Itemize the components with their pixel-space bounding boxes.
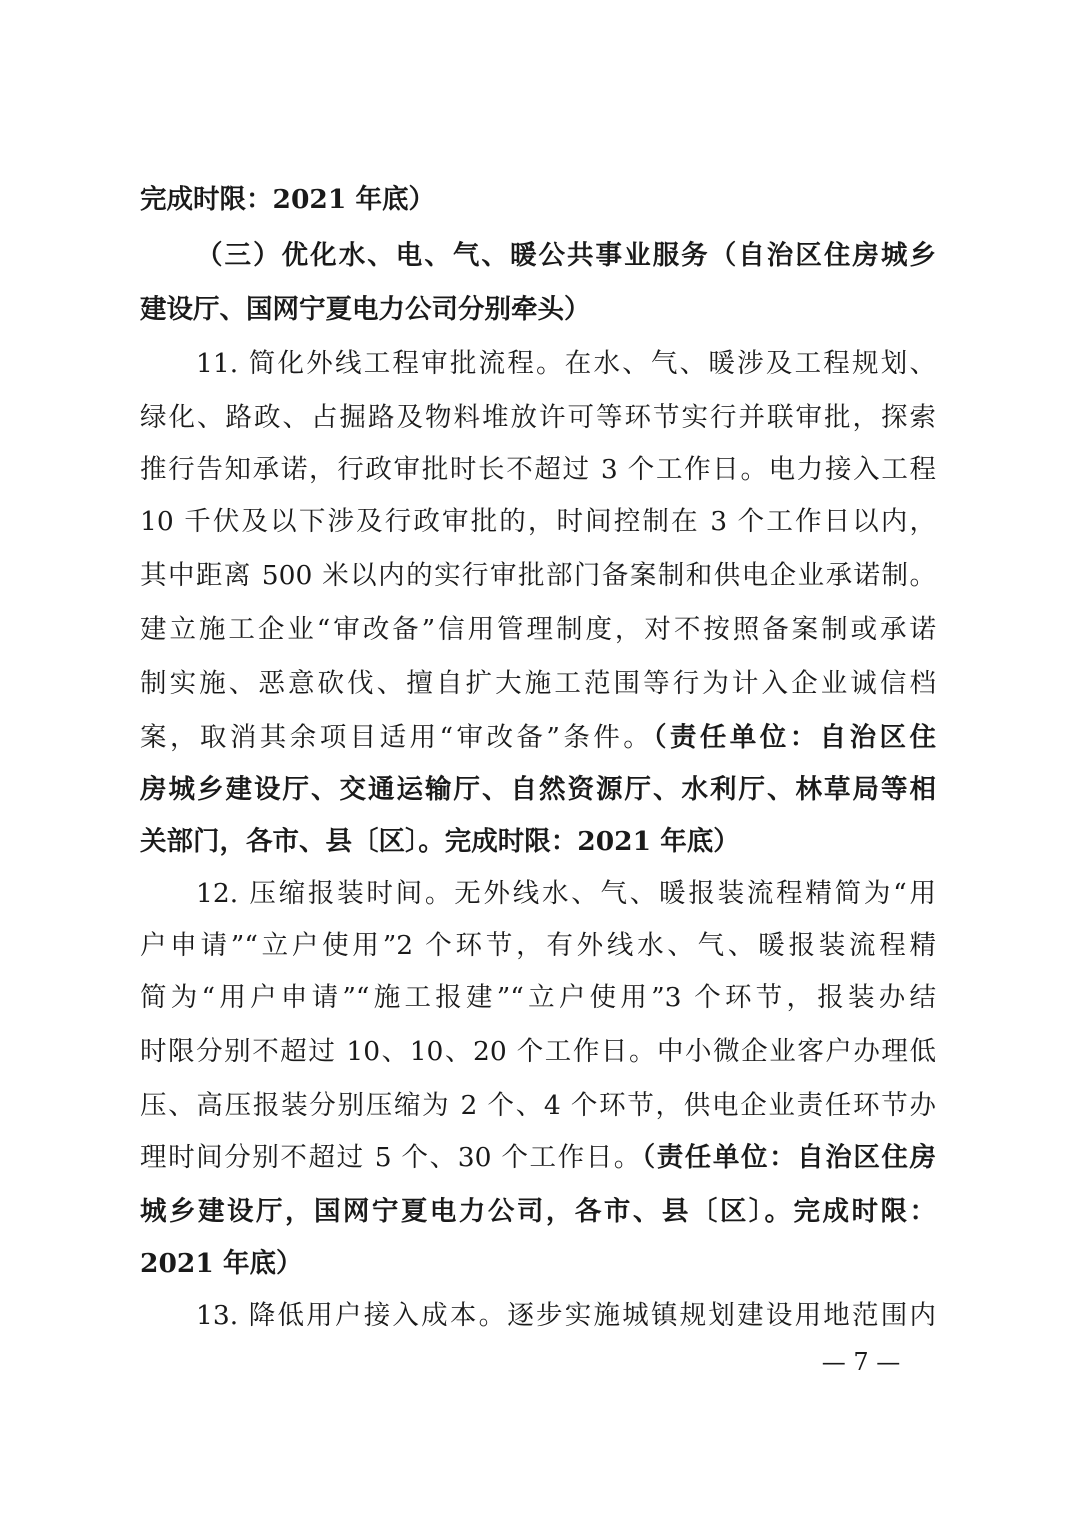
text-segment: 制实施、恶意砍伐、擅自扩大施工范围等行为计入企业诚信档 — [140, 668, 936, 699]
item-11-line: 其中距离 500 米以内的实行审批部门备案制和供电企业承诺制。 — [140, 556, 936, 596]
item-11-line: 关部门，各市、县〔区〕。完成时限：2021 年底） — [140, 822, 936, 862]
text-segment: 12. 压缩报装时间。无外线水、气、暖报装流程精简为“用 — [196, 878, 936, 909]
item-11-line: 推行告知承诺，行政审批时长不超过 3 个工作日。电力接入工程 — [140, 450, 936, 490]
item-11-line: 制实施、恶意砍伐、擅自扩大施工范围等行为计入企业诚信档 — [140, 664, 936, 704]
item-11-line: 绿化、路政、占掘路及物料堆放许可等环节实行并联审批，探索 — [140, 398, 936, 438]
text-segment: 绿化、路政、占掘路及物料堆放许可等环节实行并联审批，探索 — [140, 402, 936, 433]
text-segment: 13. 降低用户接入成本。逐步实施城镇规划建设用地范围内 — [196, 1300, 936, 1331]
responsibility-text: 2021 年底） — [140, 1248, 302, 1279]
section-heading-line-1: （三）优化水、电、气、暖公共事业服务（自治区住房城乡 — [196, 236, 936, 276]
text-segment: 推行告知承诺，行政审批时长不超过 3 个工作日。电力接入工程 — [140, 454, 936, 485]
item-11-line: 10 千伏及以下涉及行政审批的，时间控制在 3 个工作日以内， — [140, 502, 936, 542]
item-12-line: 城乡建设厅，国网宁夏电力公司，各市、县〔区〕。完成时限： — [140, 1192, 936, 1232]
item-12-line: 12. 压缩报装时间。无外线水、气、暖报装流程精简为“用 — [196, 874, 936, 914]
responsibility-text: （责任单位：自治区住房 — [642, 1142, 936, 1173]
section-heading-line-2: 建设厅、国网宁夏电力公司分别牵头） — [140, 290, 936, 330]
item-12-line: 压、高压报装分别压缩为 2 个、4 个环节，供电企业责任环节办 — [140, 1086, 936, 1126]
text-segment: 案，取消其余项目适用“审改备”条件。 — [140, 722, 653, 753]
text-segment: 时限分别不超过 10、10、20 个工作日。中小微企业客户办理低 — [140, 1036, 936, 1067]
paragraph-tail-deadline: 完成时限：2021 年底） — [140, 180, 936, 220]
item-12-line: 2021 年底） — [140, 1244, 936, 1284]
text-segment: 户申请”“立户使用”2 个环节，有外线水、气、暖报装流程精 — [140, 930, 936, 961]
text-segment: 理时间分别不超过 5 个、30 个工作日。 — [140, 1142, 642, 1173]
text-segment: 10 千伏及以下涉及行政审批的，时间控制在 3 个工作日以内， — [140, 506, 936, 537]
page-number: — 7 — — [806, 1344, 916, 1380]
responsibility-text: 城乡建设厅，国网宁夏电力公司，各市、县〔区〕。完成时限： — [140, 1196, 936, 1227]
text-segment: 11. 简化外线工程审批流程。在水、气、暖涉及工程规划、 — [196, 348, 936, 379]
section-heading: （三）优化水、电、气、暖公共事业服务（自治区住房城乡 — [196, 240, 936, 271]
item-12-line: 理时间分别不超过 5 个、30 个工作日。（责任单位：自治区住房 — [140, 1138, 936, 1178]
item-12-line: 时限分别不超过 10、10、20 个工作日。中小微企业客户办理低 — [140, 1032, 936, 1072]
text-segment: 其中距离 500 米以内的实行审批部门备案制和供电企业承诺制。 — [140, 560, 936, 591]
responsibility-text: （责任单位：自治区住 — [653, 722, 936, 753]
text-segment: 压、高压报装分别压缩为 2 个、4 个环节，供电企业责任环节办 — [140, 1090, 936, 1121]
item-12-line: 户申请”“立户使用”2 个环节，有外线水、气、暖报装流程精 — [140, 926, 936, 966]
responsibility-text: 关部门，各市、县〔区〕。完成时限：2021 年底） — [140, 826, 740, 857]
text-segment: 建立施工企业“审改备”信用管理制度，对不按照备案制或承诺 — [140, 614, 936, 645]
item-11-line: 11. 简化外线工程审批流程。在水、气、暖涉及工程规划、 — [196, 344, 936, 384]
responsibility-text: 房城乡建设厅、交通运输厅、自然资源厅、水利厅、林草局等相 — [140, 774, 936, 805]
document-page: 完成时限：2021 年底） （三）优化水、电、气、暖公共事业服务（自治区住房城乡… — [0, 0, 1074, 1520]
section-heading: 建设厅、国网宁夏电力公司分别牵头） — [140, 294, 591, 325]
item-13-line: 13. 降低用户接入成本。逐步实施城镇规划建设用地范围内 — [196, 1296, 936, 1336]
text-segment: 简为“用户申请”“施工报建”“立户使用”3 个环节，报装办结 — [140, 982, 936, 1013]
item-11-line: 建立施工企业“审改备”信用管理制度，对不按照备案制或承诺 — [140, 610, 936, 650]
item-11-line: 房城乡建设厅、交通运输厅、自然资源厅、水利厅、林草局等相 — [140, 770, 936, 810]
item-11-line: 案，取消其余项目适用“审改备”条件。（责任单位：自治区住 — [140, 718, 936, 758]
text-segment: 完成时限：2021 年底） — [140, 184, 435, 215]
item-12-line: 简为“用户申请”“施工报建”“立户使用”3 个环节，报装办结 — [140, 978, 936, 1018]
